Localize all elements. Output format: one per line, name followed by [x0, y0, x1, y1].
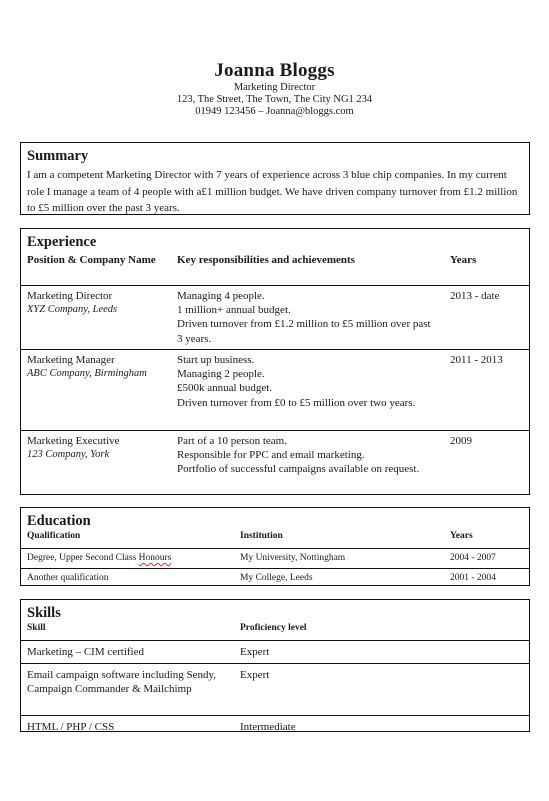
position-cell: Marketing Executive123 Company, York [27, 434, 167, 462]
column-header: Years [450, 253, 530, 267]
job-title: Marketing Director [0, 82, 549, 94]
column-header: Qualification [27, 530, 227, 542]
address: 123, The Street, The Town, The City NG1 … [0, 94, 549, 106]
skill-row: HTML / PHP / CSSIntermediate [21, 716, 529, 734]
column-header: Proficiency level [240, 622, 440, 634]
skill-cell: Marketing – CIM certified [27, 645, 227, 659]
section-title: Summary [21, 143, 529, 165]
column-header: Skill [27, 622, 227, 634]
experience-row: Marketing ManagerABC Company, Birmingham… [21, 350, 529, 431]
responsibility-item: Part of a 10 person team. [177, 434, 437, 448]
company-name: 123 Company, York [27, 448, 167, 462]
education-row: Degree, Upper Second Class HonoursMy Uni… [21, 549, 529, 569]
years-cell: 2001 - 2004 [450, 572, 530, 584]
position-cell: Marketing ManagerABC Company, Birmingham [27, 353, 167, 381]
spellcheck-flagged-word[interactable]: Honours [139, 553, 172, 563]
company-name: ABC Company, Birmingham [27, 367, 167, 381]
contact-details: 01949 123456 – Joanna@bloggs.com [0, 106, 549, 118]
education-header-row: Qualification Institution Years [21, 526, 529, 549]
summary-text: I am a competent Marketing Director with… [21, 165, 529, 217]
skills-section: Skills Skill Proficiency level Marketing… [20, 599, 530, 732]
qualification-cell: Degree, Upper Second Class Honours [27, 552, 227, 564]
summary-section: Summary I am a competent Marketing Direc… [20, 142, 530, 215]
skills-header-row: Skill Proficiency level [21, 618, 529, 641]
candidate-name: Joanna Bloggs [0, 60, 549, 82]
responsibility-item: 1 million+ annual budget. [177, 303, 437, 317]
qualification-text: Another qualification [27, 573, 109, 583]
experience-row: Marketing Executive123 Company, YorkPart… [21, 431, 529, 495]
institution-cell: My College, Leeds [240, 572, 440, 584]
skill-row: Marketing – CIM certifiedExpert [21, 641, 529, 664]
proficiency-cell: Expert [240, 668, 440, 682]
responsibility-item: £500k annual budget. [177, 381, 437, 395]
proficiency-cell: Intermediate [240, 720, 440, 734]
skill-row: Email campaign software including Sendy,… [21, 664, 529, 716]
position-cell: Marketing DirectorXYZ Company, Leeds [27, 289, 167, 317]
responsibility-item: Managing 2 people. [177, 367, 437, 381]
position-title: Marketing Manager [27, 353, 167, 367]
qualification-cell: Another qualification [27, 572, 227, 584]
responsibilities-cell: Start up business.Managing 2 people.£500… [177, 353, 437, 410]
education-section: Education Qualification Institution Year… [20, 507, 530, 586]
responsibility-item: Portfolio of successful campaigns availa… [177, 462, 437, 476]
position-title: Marketing Executive [27, 434, 167, 448]
experience-header-row: Position & Company Name Key responsibili… [21, 229, 529, 286]
experience-row: Marketing DirectorXYZ Company, LeedsMana… [21, 286, 529, 350]
years-cell: 2011 - 2013 [450, 353, 530, 367]
skill-cell: HTML / PHP / CSS [27, 720, 227, 734]
column-header: Years [450, 530, 530, 542]
years-cell: 2013 - date [450, 289, 530, 303]
experience-section: Experience Position & Company Name Key r… [20, 228, 530, 495]
cv-header: Joanna Bloggs Marketing Director 123, Th… [0, 60, 549, 118]
column-header: Position & Company Name [27, 253, 167, 267]
position-title: Marketing Director [27, 289, 167, 303]
qualification-text: Degree, Upper Second Class [27, 553, 139, 563]
company-name: XYZ Company, Leeds [27, 303, 167, 317]
responsibility-item: Responsible for PPC and email marketing. [177, 448, 437, 462]
responsibility-item: Driven turnover from £1.2 million to £5 … [177, 317, 437, 345]
responsibilities-cell: Managing 4 people.1 million+ annual budg… [177, 289, 437, 346]
responsibility-item: Start up business. [177, 353, 437, 367]
years-cell: 2009 [450, 434, 530, 448]
responsibilities-cell: Part of a 10 person team.Responsible for… [177, 434, 437, 477]
skill-cell: Email campaign software including Sendy,… [27, 668, 227, 696]
institution-cell: My University, Nottingham [240, 552, 440, 564]
education-row: Another qualificationMy College, Leeds20… [21, 569, 529, 588]
years-cell: 2004 - 2007 [450, 552, 530, 564]
proficiency-cell: Expert [240, 645, 440, 659]
responsibility-item: Managing 4 people. [177, 289, 437, 303]
responsibility-item: Driven turnover from £0 to £5 million ov… [177, 396, 437, 410]
column-header: Key responsibilities and achievements [177, 253, 437, 267]
column-header: Institution [240, 530, 440, 542]
